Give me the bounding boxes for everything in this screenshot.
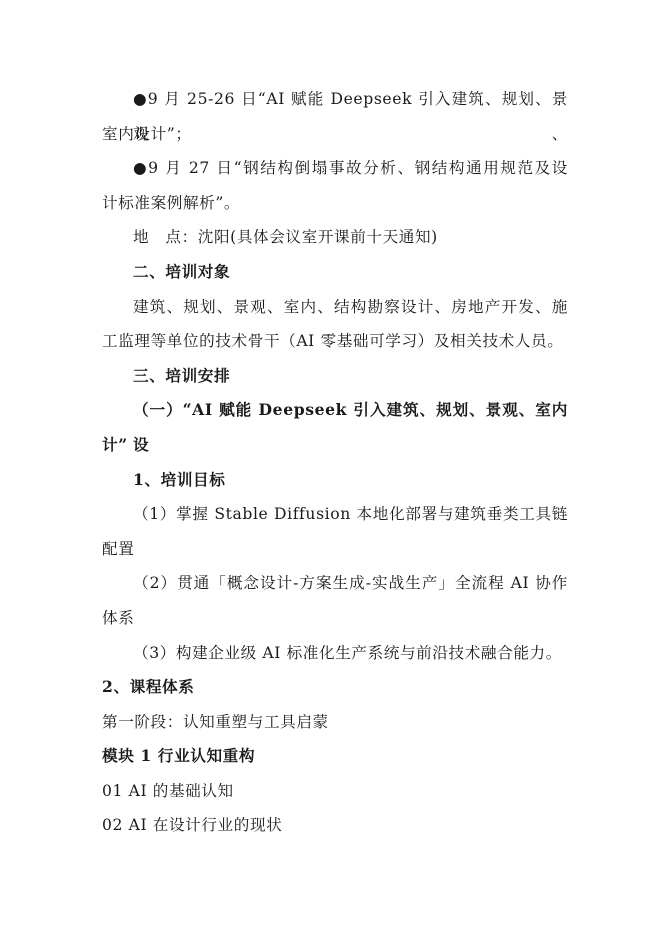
schedule-item-1: ●9 月 25-26 日“AI 赋能 Deepseek 引入建筑、规划、景观、 [102, 82, 568, 117]
audience-text: 建筑、规划、景观、室内、结构勘察设计、房地产开发、施 [102, 290, 568, 325]
schedule-item-2: ●9 月 27 日“钢结构倒塌事故分析、钢结构通用规范及设 [102, 151, 568, 186]
audience-text-cont: 工监理等单位的技术骨干（AI 零基础可学习）及相关技术人员。 [102, 324, 568, 359]
goal-1-cont: 配置 [102, 532, 568, 567]
subsection-1-heading: （一）“AI 赋能 Deepseek 引入建筑、规划、景观、室内设 [102, 393, 568, 428]
goal-2: （2）贯通「概念设计-方案生成-实战生产」全流程 AI 协作 [102, 566, 568, 601]
subsection-1-heading-cont: 计” [102, 428, 568, 463]
lesson-02: 02 AI 在设计行业的现状 [102, 808, 568, 843]
stage-1-label: 第一阶段：认知重塑与工具启蒙 [102, 705, 568, 740]
module-1-heading: 模块 1 行业认知重构 [102, 739, 568, 774]
lesson-01: 01 AI 的基础认知 [102, 774, 568, 809]
goal-1: （1）掌握 Stable Diffusion 本地化部署与建筑垂类工具链 [102, 497, 568, 532]
schedule-item-2-cont: 计标准案例解析”。 [102, 186, 568, 221]
location-text: 地 点：沈阳(具体会议室开课前十天通知) [102, 220, 568, 255]
course-heading: 2、课程体系 [102, 670, 568, 705]
document-page: ●9 月 25-26 日“AI 赋能 Deepseek 引入建筑、规划、景观、 … [102, 82, 568, 843]
goal-2-cont: 体系 [102, 601, 568, 636]
section-2-heading: 二、培训对象 [102, 255, 568, 290]
goal-3: （3）构建企业级 AI 标准化生产系统与前沿技术融合能力。 [102, 636, 568, 671]
goals-heading: 1、培训目标 [102, 463, 568, 498]
section-3-heading: 三、培训安排 [102, 359, 568, 394]
